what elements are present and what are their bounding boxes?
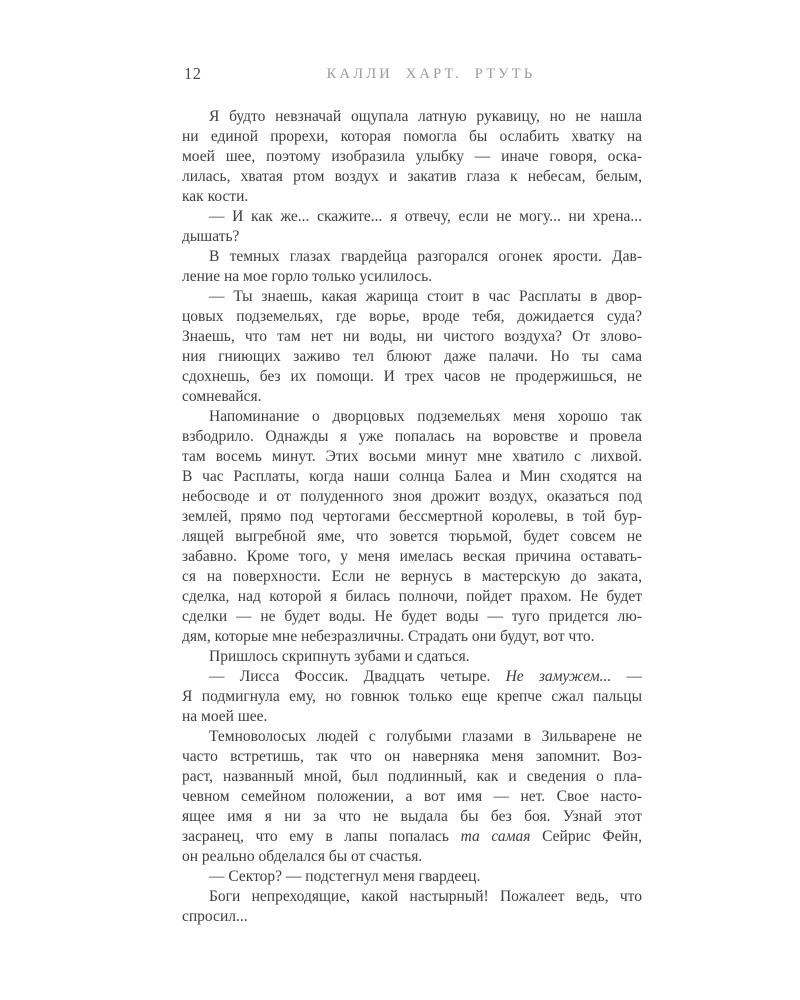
text-line: лилась, хватая ртом воздух и закатив гла… <box>182 167 642 187</box>
text-line: взбодрило. Однажды я уже попалась на вор… <box>182 427 642 447</box>
text-segment: лящей выгребной яме, что зовется тюрьмой… <box>182 528 642 545</box>
text-segment: спросил... <box>182 908 248 925</box>
paragraph: Боги непреходящие, какой настырный! Пожа… <box>182 887 642 927</box>
paragraph: — И как же... скажите... я отвечу, если … <box>182 207 642 247</box>
text-segment: там восемь минут. Этих восьми минут мне … <box>182 448 642 465</box>
text-segment: сделка, над которой я билась полночи, по… <box>182 588 642 605</box>
text-line: засранец, что ему в лапы попалась та сам… <box>182 827 642 847</box>
text-line: часто встретишь, так что он наверняка ме… <box>182 747 642 767</box>
text-segment: сомневайся. <box>182 388 262 405</box>
text-segment: ни единой прорехи, которая помогла бы ос… <box>182 128 642 145</box>
text-segment: дям, которые мне небезразличны. Страдать… <box>182 628 595 645</box>
text-segment: Боги непреходящие, какой настырный! Пожа… <box>209 888 642 905</box>
text-line: на моей шее. <box>182 707 642 727</box>
text-line: цовых подземельях, где ворье, вроде тебя… <box>182 307 642 327</box>
text-segment: — Ты знаешь, какая жарища стоит в час Ра… <box>209 288 642 305</box>
text-segment: ление на мое горло только усилилось. <box>182 268 432 285</box>
text-line: В темных глазах гвардейца разгорался ого… <box>182 247 642 267</box>
text-line: лящей выгребной яме, что зовется тюрьмой… <box>182 527 642 547</box>
text-line: Темноволосых людей с голубыми глазами в … <box>182 727 642 747</box>
running-title: КАЛЛИ ХАРТ. РТУТЬ <box>327 66 536 83</box>
text-line: ящее имя я ни за что не выдала бы без бо… <box>182 807 642 827</box>
text-line: Я подмигнула ему, но говнюк только еще к… <box>182 687 642 707</box>
text-line: раст, названный мной, был подлинный, как… <box>182 767 642 787</box>
page-text: Я будто невзначай ощупала латную рукавиц… <box>182 107 642 927</box>
text-line: — Сектор? — подстегнул меня гвардеец. <box>182 867 642 887</box>
text-line: Пришлось скрипнуть зубами и сдаться. <box>182 647 642 667</box>
text-line: дышать? <box>182 227 642 247</box>
paragraph: Напоминание о дворцовых подземельях меня… <box>182 407 642 647</box>
text-segment: Я подмигнула ему, но говнюк только еще к… <box>182 688 642 705</box>
text-line: там восемь минут. Этих восьми минут мне … <box>182 447 642 467</box>
paragraph: Я будто невзначай ощупала латную рукавиц… <box>182 107 642 207</box>
text-line: ния гниющих заживо тел блюют даже палачи… <box>182 347 642 367</box>
text-line: Напоминание о дворцовых подземельях меня… <box>182 407 642 427</box>
text-line: — Ты знаешь, какая жарища стоит в час Ра… <box>182 287 642 307</box>
text-segment: небосводе и от полуденного зноя дрожит в… <box>182 488 642 505</box>
page-number: 12 <box>184 64 202 84</box>
text-segment: ния гниющих заживо тел блюют даже палачи… <box>182 348 642 365</box>
text-segment: Пришлось скрипнуть зубами и сдаться. <box>209 648 470 665</box>
paragraph: — Сектор? — подстегнул меня гвардеец. <box>182 867 642 887</box>
text-segment: чевном семейном положении, а вот имя — н… <box>182 788 642 805</box>
text-segment: моей шее, поэтому изобразила улыбку — ин… <box>182 148 642 165</box>
text-segment: взбодрило. Однажды я уже попалась на вор… <box>182 428 642 445</box>
text-segment: землей, прямо под чертогами бессмертной … <box>182 508 642 525</box>
text-line: чевном семейном положении, а вот имя — н… <box>182 787 642 807</box>
text-line: В час Расплаты, когда наши солнца Балеа … <box>182 467 642 487</box>
text-line: дям, которые мне небезразличны. Страдать… <box>182 627 642 647</box>
text-segment: В темных глазах гвардейца разгорался ого… <box>209 248 642 265</box>
text-line: Я будто невзначай ощупала латную рукавиц… <box>182 107 642 127</box>
text-segment: В час Расплаты, когда наши солнца Балеа … <box>182 468 642 485</box>
text-segment: ся на поверхности. Если не вернусь в мас… <box>182 568 642 585</box>
text-line: ся на поверхности. Если не вернусь в мас… <box>182 567 642 587</box>
italic-text: Не замужем... <box>506 668 612 685</box>
text-segment: Напоминание о дворцовых подземельях меня… <box>209 408 642 425</box>
text-segment: цовых подземельях, где ворье, вроде тебя… <box>182 308 642 325</box>
text-segment: — Сектор? — подстегнул меня гвардеец. <box>209 868 480 885</box>
text-line: он реально обделался бы от счастья. <box>182 847 642 867</box>
italic-text: та самая <box>461 828 531 845</box>
text-segment: лилась, хватая ртом воздух и закатив гла… <box>182 168 642 185</box>
text-line: землей, прямо под чертогами бессмертной … <box>182 507 642 527</box>
text-segment: Я будто невзначай ощупала латную рукавиц… <box>209 108 642 125</box>
text-line: Знаешь, что там нет ни воды, ни чистого … <box>182 327 642 347</box>
text-segment: он реально обделался бы от счастья. <box>182 848 422 865</box>
text-segment: дышать? <box>182 228 239 245</box>
text-segment: засранец, что ему в лапы попалась <box>182 828 461 845</box>
text-segment: — Лисса Фоссик. Двадцать четыре. <box>209 668 506 685</box>
text-line: сделки — не будет воды. Не будет воды — … <box>182 607 642 627</box>
text-line: моей шее, поэтому изобразила улыбку — ин… <box>182 147 642 167</box>
text-line: — Лисса Фоссик. Двадцать четыре. Не заму… <box>182 667 642 687</box>
text-segment: Сейрис Фейн, <box>531 828 643 845</box>
paragraph: — Ты знаешь, какая жарища стоит в час Ра… <box>182 287 642 407</box>
text-line: забавно. Кроме того, у меня имелась веск… <box>182 547 642 567</box>
text-segment: забавно. Кроме того, у меня имелась веск… <box>182 548 642 565</box>
text-segment: как кости. <box>182 188 248 205</box>
text-line: сдохнешь, без их помощи. И трех часов не… <box>182 367 642 387</box>
book-page: 12 КАЛЛИ ХАРТ. РТУТЬ Я будто невзначай о… <box>0 0 800 1000</box>
text-segment: — <box>611 668 642 685</box>
text-line: ни единой прорехи, которая помогла бы ос… <box>182 127 642 147</box>
text-line: спросил... <box>182 907 642 927</box>
text-line: — И как же... скажите... я отвечу, если … <box>182 207 642 227</box>
text-segment: сдохнешь, без их помощи. И трех часов не… <box>182 368 642 385</box>
text-line: сомневайся. <box>182 387 642 407</box>
text-segment: ящее имя я ни за что не выдала бы без бо… <box>182 808 642 825</box>
text-segment: Темноволосых людей с голубыми глазами в … <box>209 728 642 745</box>
text-segment: раст, названный мной, был подлинный, как… <box>182 768 642 785</box>
paragraph: — Лисса Фоссик. Двадцать четыре. Не заму… <box>182 667 642 727</box>
text-segment: на моей шее. <box>182 708 267 725</box>
text-segment: часто встретишь, так что он наверняка ме… <box>182 748 642 765</box>
text-line: Боги непреходящие, какой настырный! Пожа… <box>182 887 642 907</box>
text-line: как кости. <box>182 187 642 207</box>
paragraph: Темноволосых людей с голубыми глазами в … <box>182 727 642 867</box>
paragraph: В темных глазах гвардейца разгорался ого… <box>182 247 642 287</box>
text-segment: Знаешь, что там нет ни воды, ни чистого … <box>182 328 642 345</box>
text-segment: — И как же... скажите... я отвечу, если … <box>209 208 642 225</box>
text-line: сделка, над которой я билась полночи, по… <box>182 587 642 607</box>
paragraph: Пришлось скрипнуть зубами и сдаться. <box>182 647 642 667</box>
text-segment: сделки — не будет воды. Не будет воды — … <box>182 608 642 625</box>
text-line: небосводе и от полуденного зноя дрожит в… <box>182 487 642 507</box>
text-line: ление на мое горло только усилилось. <box>182 267 642 287</box>
